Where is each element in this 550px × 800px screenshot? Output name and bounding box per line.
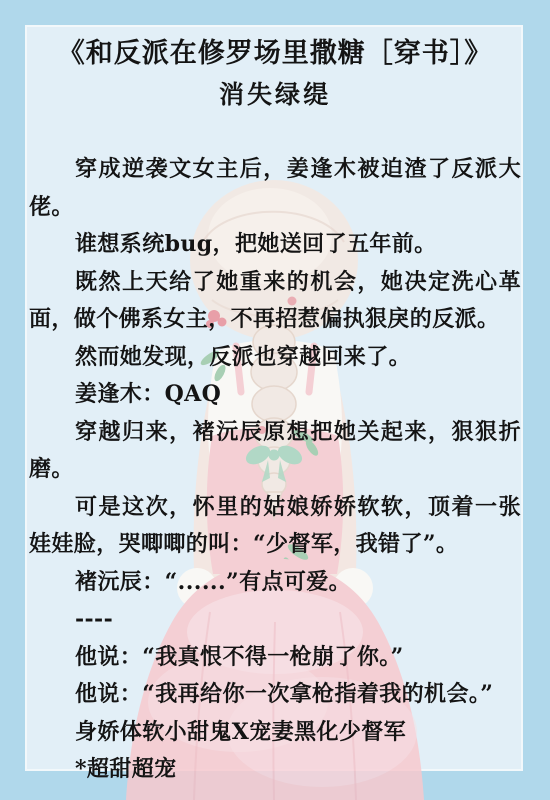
book-title: 《和反派在修罗场里撒糖［穿书］》: [29, 36, 521, 70]
synopsis-paragraph: 穿越归来，褚沅辰原想把她关起来，狠狠折磨。: [29, 414, 521, 489]
synopsis-paragraph: 可是这次，怀里的姑娘娇娇软软，顶着一张娃娃脸，哭唧唧的叫：“少督军，我错了”。: [29, 489, 521, 564]
synopsis-paragraph: 然而她发现，反派也穿越回来了。: [29, 339, 521, 377]
book-intro-card: 《和反派在修罗场里撒糖［穿书］》 消失绿缇 穿成逆袭文女主后，姜逢木被迫渣了反派…: [29, 36, 521, 789]
synopsis-paragraph: 穿成逆袭文女主后，姜逢木被迫渣了反派大佬。: [29, 151, 521, 226]
synopsis-paragraph: 姜逢木：QAQ: [29, 376, 521, 414]
synopsis-paragraph: ----: [29, 601, 521, 639]
synopsis-paragraph: 身娇体软小甜鬼X宠妻黑化少督军: [29, 714, 521, 752]
synopsis-paragraph: 谁想系统bug，把她送回了五年前。: [29, 226, 521, 264]
synopsis-paragraph: *超甜超宠: [29, 751, 521, 789]
author-name: 消失绿缇: [29, 79, 521, 111]
synopsis-paragraph: 他说：“我再给你一次拿枪指着我的机会。”: [29, 676, 521, 714]
synopsis-paragraph: 褚沅辰：“......”有点可爱。: [29, 564, 521, 602]
synopsis-paragraph: 既然上天给了她重来的机会，她决定洗心革面，做个佛系女主，不再招惹偏执狠戾的反派。: [29, 264, 521, 339]
synopsis: 穿成逆袭文女主后，姜逢木被迫渣了反派大佬。 谁想系统bug，把她送回了五年前。 …: [29, 151, 521, 789]
synopsis-paragraph: 他说：“我真恨不得一枪崩了你。”: [29, 639, 521, 677]
